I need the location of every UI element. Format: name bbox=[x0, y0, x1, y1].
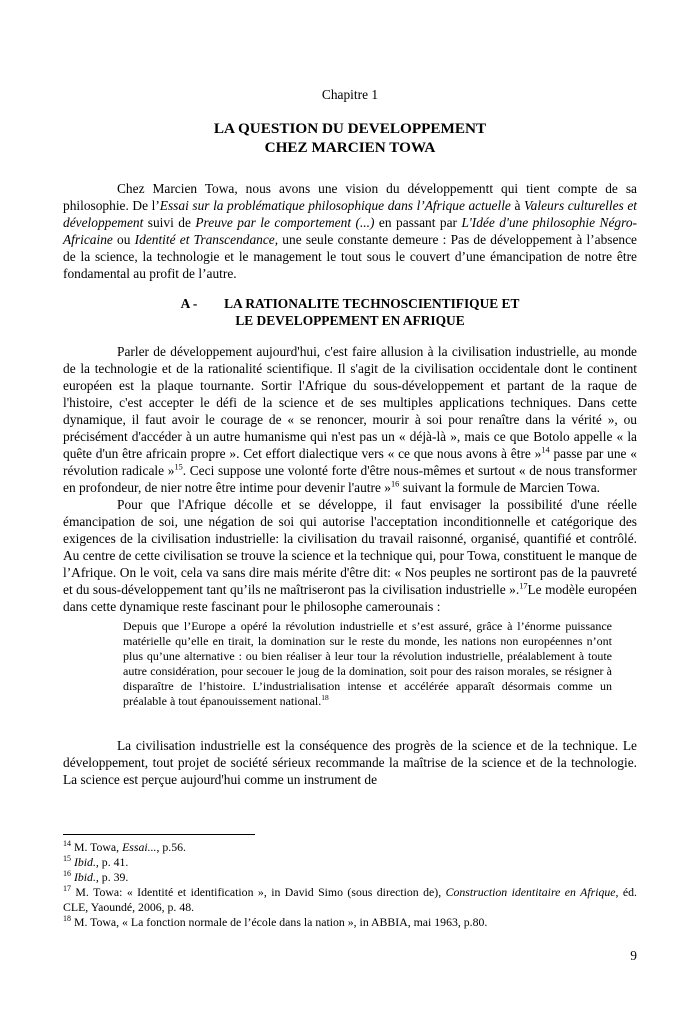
footnote-14: 14 M. Towa, Essai..., p.56. bbox=[63, 840, 637, 855]
footnote-17-number: 17 bbox=[63, 884, 71, 893]
footnote-14-text: M. Towa, Essai..., p.56. bbox=[71, 840, 186, 854]
page-number: 9 bbox=[630, 948, 637, 964]
paragraph-rationalite: Parler de développement aujourd'hui, c'e… bbox=[63, 343, 637, 496]
footnote-16-number: 16 bbox=[63, 869, 71, 878]
chapter-label: Chapitre 1 bbox=[63, 0, 637, 103]
footnotes-section: 14 M. Towa, Essai..., p.56. 15 Ibid., p.… bbox=[63, 834, 637, 930]
block-quote: Depuis que l’Europe a opéré la révolutio… bbox=[123, 619, 612, 709]
footnote-18-number: 18 bbox=[63, 914, 71, 923]
footnote-15: 15 Ibid., p. 41. bbox=[63, 855, 637, 870]
footnote-18-text: M. Towa, « La fonction normale de l’écol… bbox=[71, 915, 487, 929]
section-a-line-2: LE DEVELOPPEMENT EN AFRIQUE bbox=[63, 312, 637, 329]
footnote-16-text: Ibid., p. 39. bbox=[71, 870, 128, 884]
section-a-heading: A - LA RATIONALITE TECHNOSCIENTIFIQUE ET… bbox=[63, 295, 637, 329]
title-line-1: LA QUESTION DU DEVELOPPEMENT bbox=[63, 120, 637, 139]
title-line-2: CHEZ MARCIEN TOWA bbox=[63, 139, 637, 158]
page-content: Chapitre 1 LA QUESTION DU DEVELOPPEMENT … bbox=[63, 0, 637, 788]
document-title: LA QUESTION DU DEVELOPPEMENT CHEZ MARCIE… bbox=[63, 120, 637, 157]
paragraph-intro: Chez Marcien Towa, nous avons une vision… bbox=[63, 180, 637, 282]
footnote-17: 17 M. Towa: « Identité et identification… bbox=[63, 885, 637, 915]
document-page: Chapitre 1 LA QUESTION DU DEVELOPPEMENT … bbox=[0, 0, 700, 1028]
footnote-16: 16 Ibid., p. 39. bbox=[63, 870, 637, 885]
footnote-15-text: Ibid., p. 41. bbox=[71, 855, 128, 869]
section-a-line-1: A - LA RATIONALITE TECHNOSCIENTIFIQUE ET bbox=[63, 295, 637, 312]
footnote-18: 18 M. Towa, « La fonction normale de l’é… bbox=[63, 915, 637, 930]
footnote-separator bbox=[63, 834, 255, 835]
paragraph-consequence: La civilisation industrielle est la cons… bbox=[63, 737, 637, 788]
footnote-17-text: M. Towa: « Identité et identification »,… bbox=[63, 885, 637, 914]
footnote-15-number: 15 bbox=[63, 854, 71, 863]
footnote-14-number: 14 bbox=[63, 839, 71, 848]
paragraph-emancipation: Pour que l'Afrique décolle et se dévelop… bbox=[63, 496, 637, 615]
